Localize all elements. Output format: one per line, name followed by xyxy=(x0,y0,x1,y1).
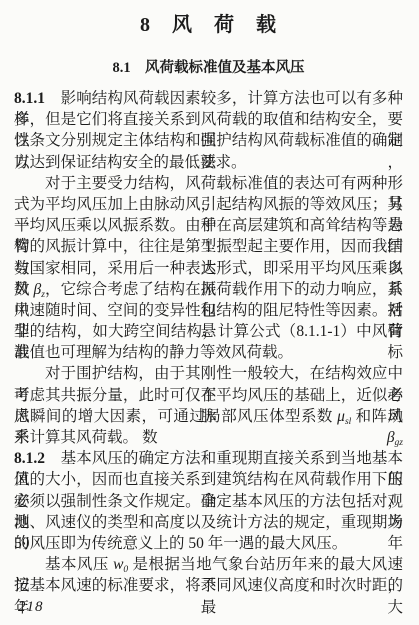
text-line: 平均风压乘以风振系数。由于在高层建筑和高耸结构等悬臂型结 xyxy=(14,215,403,236)
text-line: 数国家相同，采用后一种表达形式，即采用平均风压乘以风振系 xyxy=(14,258,403,279)
text-line: 样，但是它们将直接关系到风荷载的取值和结构安全，要以强制 xyxy=(14,109,403,130)
text-line: 风速随时间、空间的变异性和结构的阻尼特性等因素。对非悬臂 xyxy=(14,300,403,321)
chapter-title: 8 风 荷 载 xyxy=(14,12,403,38)
text-line: 值的大小，因而也直接关系到建筑结构在风荷载作用下的安全， xyxy=(14,469,403,490)
text-line: 风瞬间的增大因素，可通过局部风压体型系数 μsl 和阵风系数 βgz xyxy=(14,406,403,427)
text-line: 一为平均风压加上由脉动风引起结构风振的等效风压；另一种为 xyxy=(14,194,403,215)
text-line: 按基本风速的标准要求，将不同风速仪高度和时次时距的年最大 xyxy=(14,575,403,596)
text-line: 8.1.1 影响结构风荷载因素较多，计算方法也可以有多种多 xyxy=(14,88,403,109)
text-line: 必须以强制性条文作规定。确定基本风压的方法包括对观测场 xyxy=(14,491,403,512)
text-line: 对于围护结构，由于其刚性一般较大，在结构效应中可不必 xyxy=(14,363,403,384)
section-title: 8.1 风荷载标准值及基本风压 xyxy=(14,59,403,77)
text-line: 基本风压 w0 是根据当地气象台站历年来的最大风速记录， xyxy=(14,554,403,575)
text-line: 型的结构，如大跨空间结构，计算公式（8.1.1-1）中风荷载标 xyxy=(14,321,403,342)
text-line: 的风压即为传统意义上的 50 年一遇的最大风压。 xyxy=(14,533,403,554)
text-line: 性条文分别规定主体结构和围护结构风荷载标准值的确定方法， xyxy=(14,130,403,151)
text-line: 8.1.2 基本风压的确定方法和重现期直接关系到当地基本风压 xyxy=(14,448,403,469)
body-text: 8.1.1 影响结构风荷载因素较多，计算方法也可以有多种多样，但是它们将直接关系… xyxy=(14,88,403,597)
document-page: 8 风 荷 载 8.1 风荷载标准值及基本风压 8.1.1 影响结构风荷载因素较… xyxy=(0,0,419,625)
page-number: 218 xyxy=(18,599,44,616)
text-line: 数 βz，它综合考虑了结构在风荷载作用下的动力响应，其中包括 xyxy=(14,279,403,300)
text-line: 对于主要受力结构，风荷载标准值的表达可有两种形式，其 xyxy=(14,173,403,194)
text-line: 地、风速仪的类型和高度以及统计方法的规定，重现期为 50 年 xyxy=(14,512,403,533)
text-line: 构的风振计算中，往往是第 1 振型起主要作用，因而我国与大多 xyxy=(14,236,403,257)
text-line: 考虑其共振分量，此时可仅在平均风压的基础上，近似考虑脉动 xyxy=(14,385,403,406)
